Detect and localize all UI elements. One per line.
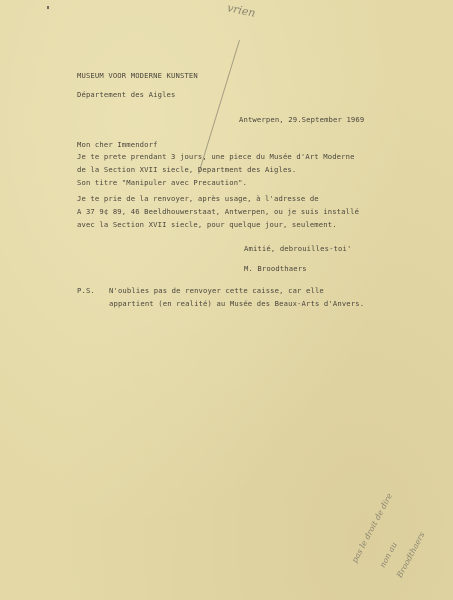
body-line: Je te prete prendant 3 jours, une piece … xyxy=(77,152,355,161)
ps-line: appartient (en realité) au Musée des Bea… xyxy=(109,299,364,308)
body-line: A 37 9¢ 89, 46 Beeldhouwerstaat, Antwerp… xyxy=(77,207,359,216)
ps-label: P.S. xyxy=(77,286,95,295)
body-line: de la Section XVII siecle, Department de… xyxy=(77,165,296,174)
body-line: Son titre "Manipuler avec Precaution". xyxy=(77,178,247,187)
ps-line: N'oublies pas de renvoyer cette caisse, … xyxy=(109,286,324,295)
department-line: Département des Aigles xyxy=(77,90,176,99)
closing-line: Amitié, debrouilles-toi' xyxy=(244,244,351,253)
signature: M. Broodthaers xyxy=(244,264,307,273)
letterhead: MUSEUM VOOR MODERNE KUNSTEN xyxy=(77,71,198,80)
body-line: Je te prie de la renvoyer, après usage, … xyxy=(77,194,319,203)
salutation: Mon cher Immendorf xyxy=(77,140,158,149)
place-date: Antwerpen, 29.September 1969 xyxy=(239,115,364,124)
pencil-mark xyxy=(47,6,49,9)
body-line: avec la Section XVII siecle, pour quelqu… xyxy=(77,220,337,229)
